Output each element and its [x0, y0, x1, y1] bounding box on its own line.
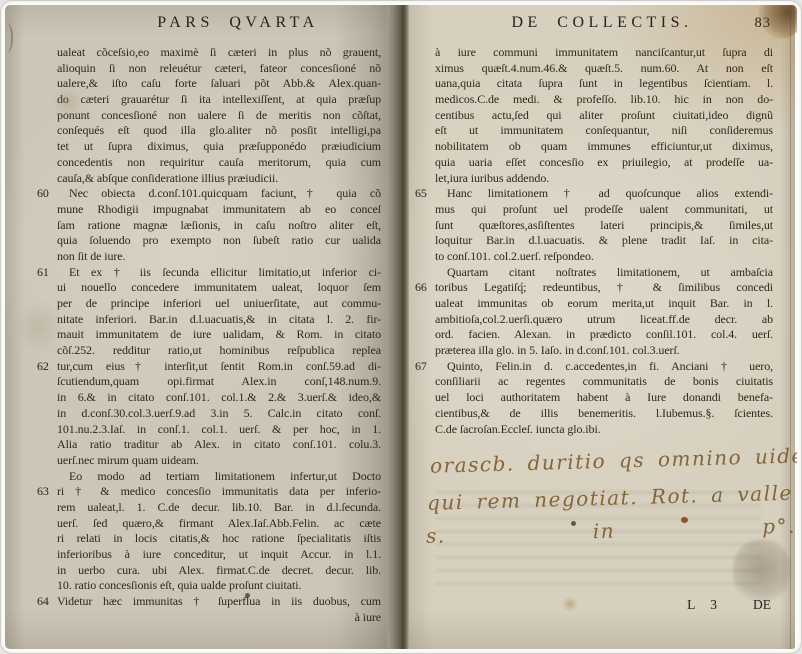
text-line: ord. facien. Alexan. in prædicto conſil.… [409, 327, 773, 343]
section-number [409, 92, 435, 108]
line-text: uel loci authoritatem habent à Iure dona… [435, 390, 773, 406]
section-number [409, 265, 435, 281]
text-line: ximus quæſt.4.num.46.& quæſt.5. num.60. … [409, 61, 773, 77]
text-line: à iure [35, 610, 381, 626]
text-line: 65 Hanc limitationem † ad quoſcunque ali… [409, 186, 773, 202]
section-number [409, 218, 435, 234]
line-text: Et ex † iis ſecunda ellicitur limitatio,… [57, 265, 381, 281]
line-text: Alia ratio traditur ab Alex. in citato c… [57, 437, 381, 453]
line-text: mus qui proſunt uel prodeſſe ualent comm… [435, 202, 773, 218]
section-number [35, 155, 57, 171]
line-text: conſiliarii ac regentes communitatis de … [435, 374, 773, 390]
section-number [35, 531, 57, 547]
section-number [35, 390, 57, 406]
text-line: 64 Videtur hæc immunitas † ſuperflua in … [35, 594, 381, 610]
text-line: uel loci authoritatem habent à Iure dona… [409, 390, 773, 406]
text-line: 67 Quinto, Felin.in d. c.accedentes,in f… [409, 359, 773, 375]
line-text: Eo modo ad tertiam limitationem infertur… [57, 469, 381, 485]
section-number [35, 139, 57, 155]
line-text: nitate inferiori. Bar.in d.l.uacuatis,& … [57, 312, 381, 328]
line-text: conſequés eſt quod illa glo.aliter nõ po… [57, 123, 381, 139]
section-number [409, 76, 435, 92]
line-text: ri relati in locis citatis,& hoc ratione… [57, 531, 381, 547]
right-running-title: DE COLLECTIS. [409, 14, 795, 32]
page-footer: L 3 DE [687, 597, 771, 613]
section-number [35, 218, 57, 234]
section-number [35, 437, 57, 453]
section-number [409, 422, 435, 438]
line-text: centibus actu,ſed qui aliter proſunt ciu… [435, 108, 773, 124]
line-text: cientibus,& de illis benemeritis. l.Iube… [435, 406, 773, 422]
line-text: ſunt quæſtores,asſiſtentes lateri princi… [435, 218, 773, 234]
text-line: Eo modo ad tertiam limitationem infertur… [35, 469, 381, 485]
line-text: C.de ſacroſan.Eccleſ. iuncta glo.ibi. [435, 422, 773, 438]
section-number: 60 [35, 186, 57, 202]
text-line: non ſit de iure. [35, 249, 381, 265]
line-text: Quinto, Felin.in d. c.accedentes,in fi. … [435, 359, 773, 375]
text-line: mauit immunitatem de iure ualidam, & Rom… [35, 327, 381, 343]
section-number [35, 327, 57, 343]
section-number [35, 578, 57, 594]
catchword: DE [753, 597, 771, 613]
section-number [35, 92, 57, 108]
section-number [409, 155, 435, 171]
left-running-title: PARS QVARTA [47, 14, 429, 32]
section-number [409, 249, 435, 265]
text-line: in uerbo cura. ubi Alex. firmat.C.de dec… [35, 563, 381, 579]
line-text: in d.conſ.30.col.3.uerſ.9.ad 3.in 5. Cal… [57, 406, 381, 422]
line-text: per de principe inferiori uel uniuerſita… [57, 296, 381, 312]
section-number [35, 610, 57, 626]
section-number [35, 563, 57, 579]
line-text: alioquin ſi non releuétur cæteri, fateor… [57, 61, 381, 77]
section-number: 66 [409, 280, 435, 296]
text-line: ambitioſa,col.2.uerſi.quæro utrum liceat… [409, 312, 773, 328]
line-text: ualeat cõceſsio,eo maximè ſi cæteri in p… [57, 45, 381, 61]
line-text: tur,cum eius† interſit,ut ſentit Rom.in … [57, 359, 381, 375]
line-text: in uerbo cura. ubi Alex. firmat.C.de dec… [57, 563, 381, 579]
line-text: mauit immunitatem de iure ualidam, & Rom… [57, 327, 381, 343]
line-text: ponunt concesſioné non ualere ſi de meri… [57, 108, 381, 124]
line-text: ximus quæſt.4.num.46.& quæſt.5. num.60. … [435, 61, 773, 77]
line-text: ui nouello concedere immunitatem ualeat,… [57, 280, 381, 296]
line-text: Quartam citant noſtrates limitationem, u… [435, 265, 773, 281]
left-page-text: ualeat cõceſsio,eo maximè ſi cæteri in p… [5, 45, 387, 625]
text-line: do cæteri grauarétur ſi ita intellexiſſe… [35, 92, 381, 108]
text-line: ui nouello concedere immunitatem ualeat,… [35, 280, 381, 296]
text-line: quia ſoluendo pro exempto non ſubeſt rat… [35, 233, 381, 249]
handwriting-line: orascb. duritio qs omnino uident [424, 440, 795, 483]
line-text: ord. facien. Alexan. in prædicto conſil.… [435, 327, 773, 343]
text-line: cauſa,& abſque conſideratione illius præ… [35, 171, 381, 187]
text-line: 62 tur,cum eius† interſit,ut ſentit Rom.… [35, 359, 381, 375]
section-number [35, 547, 57, 563]
text-line: inferioribus à iure conceditur, ut inqui… [35, 547, 381, 563]
text-line: 101.nu.2.3.Iaſ. in conſ.1. col.1. uerſ. … [35, 422, 381, 438]
line-text: uerſ.nec mirum quam uideam. [57, 453, 381, 469]
section-number [409, 327, 435, 343]
left-header-row: PARS QVARTA [5, 14, 387, 40]
line-text: to conſ.101. col.2.uerſ. reſpondeo. [435, 249, 773, 265]
text-line: uerſ. ſed quæro,& firmant Alex.Iaſ.Abb.F… [35, 516, 381, 532]
text-line: per de principe inferiori uel uniuerſita… [35, 296, 381, 312]
section-number [35, 123, 57, 139]
book-scan-screenshot: PARS QVARTA ualeat cõceſsio,eo maximè ſi… [0, 0, 802, 654]
text-line: tet ut ſupra diximus, quia præſupponédo … [35, 139, 381, 155]
line-text: in 6.& in citato conſ.101. col.1.& 2.& 3… [57, 390, 381, 406]
text-line: à iure communi immunitatem nanciſcantur,… [409, 45, 773, 61]
text-line: 10. ratio concesſionis eſt, quia ualde p… [35, 578, 381, 594]
text-line: concedentis non requiritur cauſa meritor… [35, 155, 381, 171]
text-line: nitate inferiori. Bar.in d.l.uacuatis,& … [35, 312, 381, 328]
section-number [35, 76, 57, 92]
text-line: loquitur Bar.in d.l.uacuatis. & plene tr… [409, 233, 773, 249]
text-line: mus qui proſunt uel prodeſſe ualent comm… [409, 202, 773, 218]
line-text: rem ualeat,l. 1. C.de decur. lib.10. Bar… [57, 500, 381, 516]
text-line: mune Rhodigii impugnabat immunitatem ab … [35, 202, 381, 218]
text-line: 60 Nec obiecta d.conſ.101.quicquam faciu… [35, 186, 381, 202]
section-number [409, 61, 435, 77]
section-number [409, 202, 435, 218]
section-number [409, 108, 435, 124]
text-line: ponunt concesſioné non ualere ſi de meri… [35, 108, 381, 124]
line-text: tet ut ſupra diximus, quia præſupponédo … [57, 139, 381, 155]
section-number: 62 [35, 359, 57, 375]
text-line: cõſ.252. redditur ratio,ut hominibus reſ… [35, 343, 381, 359]
text-line: uerſ.nec mirum quam uideam. [35, 453, 381, 469]
text-line: Alia ratio traditur ab Alex. in citato c… [35, 437, 381, 453]
right-page-text: à iure communi immunitatem nanciſcantur,… [409, 45, 795, 437]
text-line: nobilitatem ob quam immunes efficiuntur,… [409, 139, 773, 155]
line-text: ri † & medico concesſio immunitatis data… [57, 484, 381, 500]
section-number [35, 516, 57, 532]
section-number [35, 171, 57, 187]
line-text: medicos.C.de medi. & profeſſo. lib.10. h… [435, 92, 773, 108]
line-text: let,iura iuribus addendo. [435, 171, 773, 187]
text-line: ualeat cõceſsio,eo maximè ſi cæteri in p… [35, 45, 381, 61]
section-number [35, 249, 57, 265]
left-page: PARS QVARTA ualeat cõceſsio,eo maximè ſi… [5, 5, 387, 649]
text-line: ſcutiendum,quam opi.firmat Alex.in conſ,… [35, 374, 381, 390]
text-line: 63 ri † & medico concesſio immunitatis d… [35, 484, 381, 500]
section-number [409, 139, 435, 155]
section-number [35, 312, 57, 328]
text-line: ſam ratione magnæ læſionis, in caſu noſt… [35, 218, 381, 234]
text-line: in d.conſ.30.col.3.uerſ.9.ad 3.in 5. Cal… [35, 406, 381, 422]
text-line: in 6.& in citato conſ.101. col.1.& 2.& 3… [35, 390, 381, 406]
section-number: 65 [409, 186, 435, 202]
section-number [35, 280, 57, 296]
section-number [35, 108, 57, 124]
signature-mark: L 3 [687, 597, 723, 613]
line-text: loquitur Bar.in d.l.uacuatis. & plene tr… [435, 233, 773, 249]
line-text: ſam ratione magnæ læſionis, in caſu noſt… [57, 218, 381, 234]
text-line: ſunt quæſtores,asſiſtentes lateri princi… [409, 218, 773, 234]
line-text: ſcutiendum,quam opi.firmat Alex.in conſ,… [57, 374, 381, 390]
line-text: toribus Legatiſq́; redeuntibus, † & ſimi… [435, 280, 773, 296]
line-text: quia uaria eſſet concesſio ex priuilegio… [435, 155, 773, 171]
line-text: cõſ.252. redditur ratio,ut hominibus reſ… [57, 343, 381, 359]
text-line: ri relati in locis citatis,& hoc ratione… [35, 531, 381, 547]
section-number: 61 [35, 265, 57, 281]
section-number [409, 312, 435, 328]
section-number [409, 233, 435, 249]
text-line: præterea illa glo. in 5. Iaſo. in d.conſ… [409, 343, 773, 359]
book-spread: PARS QVARTA ualeat cõceſsio,eo maximè ſi… [5, 5, 797, 649]
line-text: nobilitatem ob quam immunes efficiuntur,… [435, 139, 773, 155]
text-line: medicos.C.de medi. & profeſſo. lib.10. h… [409, 92, 773, 108]
line-text: præterea illa glo. in 5. Iaſo. in d.conſ… [435, 343, 773, 359]
text-line: conſequés eſt quod illa glo.aliter nõ po… [35, 123, 381, 139]
line-text: inferioribus à iure conceditur, ut inqui… [57, 547, 381, 563]
text-line: to conſ.101. col.2.uerſ. reſpondeo. [409, 249, 773, 265]
right-header-row: DE COLLECTIS. 83 [409, 14, 795, 40]
line-text: ambitioſa,col.2.uerſi.quæro utrum liceat… [435, 312, 773, 328]
text-line: 66 toribus Legatiſq́; redeuntibus, † & ſ… [409, 280, 773, 296]
line-text: quia ſoluendo pro exempto non ſubeſt rat… [57, 233, 381, 249]
section-number [35, 202, 57, 218]
section-number [409, 374, 435, 390]
text-line: quia uaria eſſet concesſio ex priuilegio… [409, 155, 773, 171]
section-number [35, 374, 57, 390]
line-text: 10. ratio concesſionis eſt, quia ualde p… [57, 578, 381, 594]
section-number: 64 [35, 594, 57, 610]
text-line: rem ualeat,l. 1. C.de decur. lib.10. Bar… [35, 500, 381, 516]
section-number [35, 45, 57, 61]
line-text: do cæteri grauarétur ſi ita intellexiſſe… [57, 92, 381, 108]
text-line: let,iura iuribus addendo. [409, 171, 773, 187]
section-number [409, 406, 435, 422]
section-number [35, 469, 57, 485]
text-line: centibus actu,ſed qui aliter proſunt ciu… [409, 108, 773, 124]
section-number [409, 390, 435, 406]
line-text: ualeat immunitas ob eorum merita,ut inqu… [435, 296, 773, 312]
line-text: 101.nu.2.3.Iaſ. in conſ.1. col.1. uerſ. … [57, 422, 381, 438]
line-text: Nec obiecta d.conſ.101.quicquam faciunt,… [57, 186, 381, 202]
line-text: à iure [57, 610, 381, 626]
line-text: uerſ. ſed quæro,& firmant Alex.Iaſ.Abb.F… [57, 516, 381, 532]
text-line: alioquin ſi non releuétur cæteri, fateor… [35, 61, 381, 77]
line-text: cauſa,& abſque conſideratione illius præ… [57, 171, 381, 187]
text-line: uana,quia citata ſupra ſunt in legentibu… [409, 76, 773, 92]
gutter-shadow [387, 5, 409, 649]
section-number [35, 406, 57, 422]
page-number: 83 [755, 15, 772, 32]
handwritten-annotation: orascb. duritio qs omnino uident qui rem… [408, 440, 797, 554]
line-text: à iure communi immunitatem nanciſcantur,… [435, 45, 773, 61]
text-line: eſt ut immunitatem conſequantur, niſi co… [409, 123, 773, 139]
section-number [35, 453, 57, 469]
section-number [409, 171, 435, 187]
text-line: C.de ſacroſan.Eccleſ. iuncta glo.ibi. [409, 422, 773, 438]
section-number: 63 [35, 484, 57, 500]
section-number: 67 [409, 359, 435, 375]
text-line: ualeat immunitas ob eorum merita,ut inqu… [409, 296, 773, 312]
line-text: ualere,& iſto caſu forte ſaluari põt Abb… [57, 76, 381, 92]
section-number [409, 45, 435, 61]
text-line: Quartam citant noſtrates limitationem, u… [409, 265, 773, 281]
text-line: ualere,& iſto caſu forte ſaluari põt Abb… [35, 76, 381, 92]
section-number [35, 343, 57, 359]
section-number [35, 296, 57, 312]
line-text: Hanc limitationem † ad quoſcunque alios … [435, 186, 773, 202]
line-text: concedentis non requiritur cauſa meritor… [57, 155, 381, 171]
section-number [409, 296, 435, 312]
line-text: uana,quia citata ſupra ſunt in legentibu… [435, 76, 773, 92]
text-line: cientibus,& de illis benemeritis. l.Iube… [409, 406, 773, 422]
section-number [35, 500, 57, 516]
text-line: conſiliarii ac regentes communitatis de … [409, 374, 773, 390]
text-line: 61 Et ex † iis ſecunda ellicitur limitat… [35, 265, 381, 281]
line-text: eſt ut immunitatem conſequantur, niſi co… [435, 123, 773, 139]
section-number [409, 123, 435, 139]
section-number [35, 422, 57, 438]
section-number [35, 61, 57, 77]
line-text: mune Rhodigii impugnabat immunitatem ab … [57, 202, 381, 218]
section-number [35, 233, 57, 249]
line-text: Videtur hæc immunitas † ſuperflua in iis… [57, 594, 381, 610]
line-text: non ſit de iure. [57, 249, 381, 265]
right-page: DE COLLECTIS. 83 à iure communi immunita… [409, 5, 795, 649]
section-number [409, 343, 435, 359]
